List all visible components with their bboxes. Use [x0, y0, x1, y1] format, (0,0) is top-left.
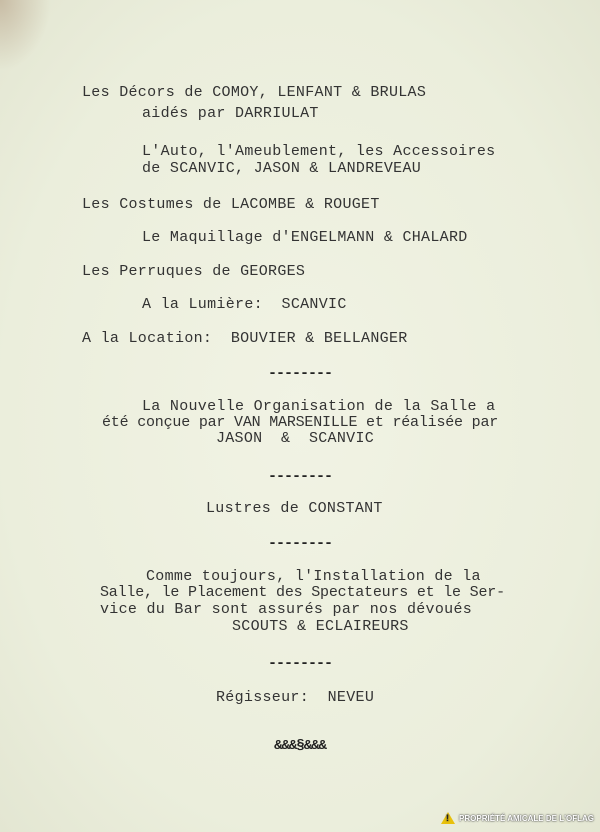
separator: --------: [0, 535, 600, 552]
watermark: PROPRIÉTÉ AMICALE DE L'OFLAG: [441, 812, 594, 824]
credit-line-decors: Les Décors de COMOY, LENFANT & BRULAS: [82, 84, 426, 101]
organisation-line-2: été conçue par VAN MARSENILLE et réalisé…: [102, 414, 498, 431]
service-line-3: vice du Bar sont assurés par nos dévoués: [100, 601, 472, 618]
lustres-line: Lustres de CONSTANT: [206, 500, 383, 517]
closing-ornament: &&&§&&&: [0, 738, 600, 754]
credit-line-wigs: Les Perruques de GEORGES: [82, 263, 305, 280]
separator: --------: [0, 365, 600, 382]
credit-line-makeup: Le Maquillage d'ENGELMANN & CHALARD: [142, 229, 468, 246]
organisation-line-3: JASON & SCANVIC: [0, 430, 600, 447]
warning-icon: [441, 812, 455, 824]
separator: --------: [0, 468, 600, 485]
service-line-1: Comme toujours, l'Installation de la: [146, 568, 481, 585]
credit-line-decors-helper: aidés par DARRIULAT: [142, 105, 319, 122]
service-line-4: SCOUTS & ECLAIREURS: [232, 618, 409, 635]
credit-line-costumes: Les Costumes de LACOMBE & ROUGET: [82, 196, 380, 213]
credit-line-lighting: A la Lumière: SCANVIC: [142, 296, 347, 313]
credit-line-accessories: L'Auto, l'Ameublement, les Accessoires: [142, 143, 495, 160]
watermark-text: PROPRIÉTÉ AMICALE DE L'OFLAG: [459, 814, 594, 823]
separator: --------: [0, 655, 600, 672]
service-line-2: Salle, le Placement des Spectateurs et l…: [100, 584, 505, 601]
regisseur-line: Régisseur: NEVEU: [216, 689, 374, 706]
credit-line-accessories-names: de SCANVIC, JASON & LANDREVEAU: [142, 160, 421, 177]
credit-line-booking: A la Location: BOUVIER & BELLANGER: [82, 330, 408, 347]
organisation-line-1: La Nouvelle Organisation de la Salle a: [142, 398, 495, 415]
